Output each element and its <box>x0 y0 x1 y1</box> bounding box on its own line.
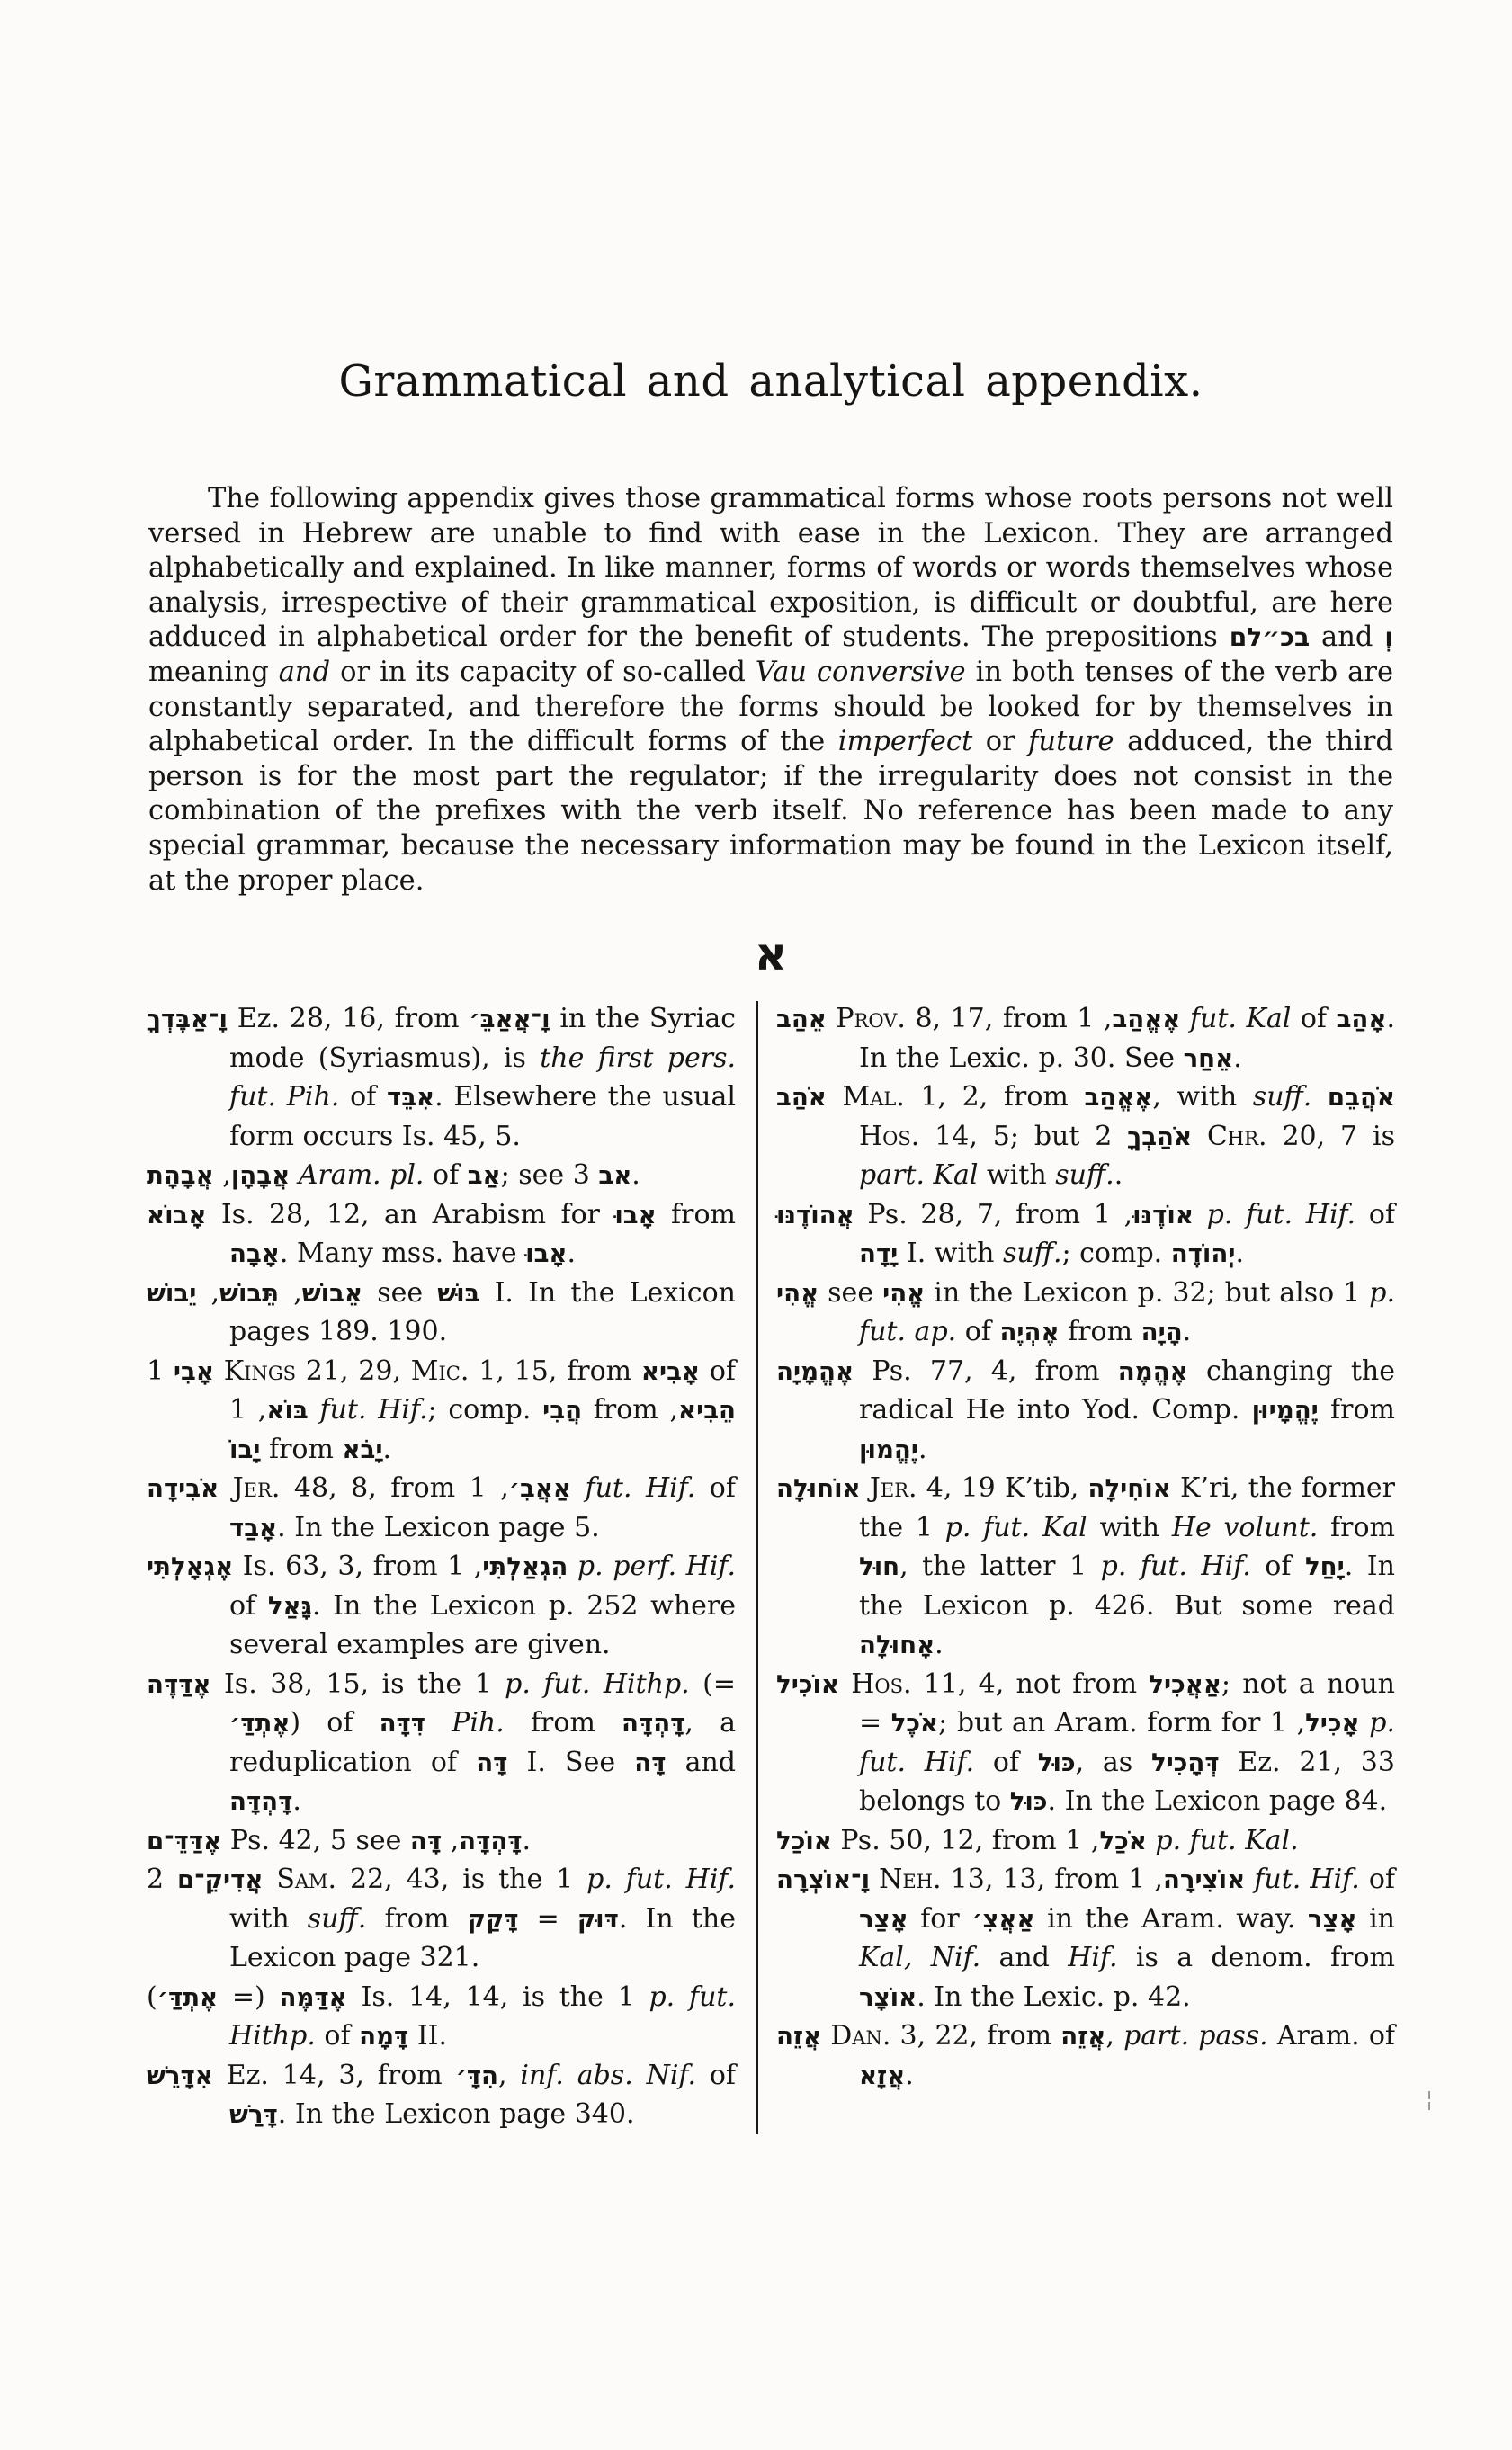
hebrew-text: אֱהִי <box>882 1278 925 1308</box>
entry-text <box>290 1159 299 1191</box>
hebrew-text: אֲהוֹדֶנּוּ <box>776 1200 854 1229</box>
book-reference: Neh. <box>879 1864 941 1895</box>
hebrew-text: בּוּשׁ <box>437 1278 479 1308</box>
dictionary-entry: אֶהֱמָיָה Ps. 77, 4, from אֶהֱמֶה changi… <box>776 1352 1395 1470</box>
entry-text: , <box>669 1394 678 1426</box>
hebrew-text: כּוּל <box>1038 1748 1076 1777</box>
book-reference: Hos. <box>851 1668 911 1700</box>
grammar-abbrev: part. pass. <box>1123 2020 1268 2052</box>
hebrew-text: אֹכֶל <box>891 1708 938 1738</box>
entry-text: I. with <box>898 1238 1003 1269</box>
dictionary-entry: אֶדַּדֵּ־ם Ps. 42, 5 see דָּהְדָּה, דָּה… <box>147 1821 736 1861</box>
entry-text: meaning <box>148 657 279 688</box>
entry-text: from <box>1060 1316 1141 1347</box>
hebrew-text: אֶתְדַּ׳ <box>229 1708 290 1738</box>
hebrew-text: אוֹצִירָה <box>1163 1864 1245 1894</box>
entry-text: ; comp. <box>1061 1238 1170 1269</box>
entry-text <box>425 1707 452 1739</box>
grammar-abbrev: p. fut. Hithp. <box>505 1668 690 1700</box>
page-title: Grammatical and analytical appendix. <box>147 0 1395 407</box>
hebrew-text: בּוֹא <box>266 1395 308 1425</box>
hebrew-text: אֲזֵה <box>776 2021 821 2051</box>
hebrew-text: דָּרַשׁ <box>229 2099 278 2129</box>
hebrew-text: חוּל <box>859 1551 899 1581</box>
entry-text <box>861 1472 870 1504</box>
entry-text: , <box>498 2060 520 2091</box>
hebrew-text: אוֹחוּלָה <box>776 1473 861 1503</box>
hebrew-text: תֵּבוֹשׁ <box>219 1278 279 1308</box>
entry-text: from <box>505 1707 622 1739</box>
grammar-abbrev: Vau conversive <box>756 657 966 688</box>
hebrew-text: אָבַד <box>229 1513 277 1542</box>
grammar-abbrev: inf. abs. Nif. <box>520 2060 696 2091</box>
book-reference: Kings <box>224 1355 296 1387</box>
hebrew-text: אַב <box>468 1160 501 1190</box>
grammar-abbrev: suff. <box>1253 1081 1312 1113</box>
entry-text: . Many mss. have <box>280 1238 525 1269</box>
entry-text: 14, 5; but <box>919 1121 1095 1152</box>
hebrew-text: וָ־אוֹצְרָה <box>776 1864 870 1894</box>
entry-text: , with <box>1152 1081 1252 1113</box>
scan-artifact: ¦ <box>1426 2087 1433 2112</box>
hebrew-text: אֹבִידָה <box>147 1473 219 1503</box>
hebrew-text: אֹהֲבֵם <box>1328 1082 1395 1112</box>
hebrew-text: דָּה <box>476 1748 507 1777</box>
entry-text: ; see <box>501 1159 573 1191</box>
entry-text: of <box>696 2060 736 2091</box>
entry-text: Is. 38, 15, is the 1 <box>211 1668 505 1700</box>
entry-text: 21, 29, <box>296 1355 411 1387</box>
hebrew-text: הֵבִיא <box>678 1395 736 1425</box>
hebrew-text: אָבוֹא <box>147 1200 206 1229</box>
grammar-abbrev: He volunt. <box>1172 1512 1318 1543</box>
hebrew-text: אֶדַּדֶּה <box>147 1669 211 1699</box>
hebrew-text: אִבֵּד <box>387 1082 434 1112</box>
entry-text: 22, 43, is the 1 <box>336 1864 586 1895</box>
hebrew-text: דָּקַק <box>468 1904 519 1934</box>
hebrew-text: אֶתְדַּ׳ <box>157 1982 218 2012</box>
entry-text: . <box>1233 1042 1242 1074</box>
hebrew-text: אוֹכִיל <box>776 1669 839 1699</box>
entry-text: 11, 4, not from <box>912 1668 1150 1700</box>
grammar-abbrev: fut. Hif. <box>319 1394 427 1426</box>
grammar-abbrev: Kal, Nif. <box>859 1942 980 1973</box>
hebrew-text: הָיָה <box>1141 1317 1183 1346</box>
hebrew-text: אוֹחִילָה <box>1088 1473 1171 1503</box>
hebrew-text: אַאֲבִ׳ <box>509 1473 571 1503</box>
dictionary-entry: אָבוֹא Is. 28, 12, an Arabism for אָבוּ … <box>147 1195 736 1274</box>
hebrew-text: אָבוּ <box>614 1200 656 1229</box>
grammar-abbrev: fut. Hif. <box>586 1472 696 1504</box>
hebrew-text: דָּה <box>634 1748 666 1777</box>
entry-text: 20, 7 is <box>1267 1121 1395 1152</box>
grammar-abbrev: and <box>279 657 330 688</box>
dictionary-entry: אֱהִי see אֱהִי in the Lexicon p. 32; bu… <box>776 1274 1395 1352</box>
grammar-abbrev: suff. <box>1055 1159 1114 1191</box>
entry-text: Ps. 42, 5 see <box>221 1825 410 1856</box>
entry-text: ) of <box>290 1707 379 1739</box>
hebrew-text: אב <box>598 1160 631 1190</box>
grammar-abbrev: suff. <box>308 1903 367 1935</box>
entry-text: in the Lexicon p. 32; but also 1 <box>925 1277 1369 1309</box>
grammar-abbrev: p. fut. Hif. <box>586 1864 736 1895</box>
dictionary-entry: אֵבוֹשׁ, תֵּבוֹשׁ, יֵבוֹשׁ see בּוּשׁ I.… <box>147 1274 736 1352</box>
entry-text: , <box>279 1277 302 1309</box>
entry-text: 48, 8, from <box>280 1472 469 1504</box>
entry-text: or <box>972 726 1028 757</box>
entry-text: . <box>292 1785 301 1817</box>
hebrew-text: דָּמָה <box>359 2021 408 2051</box>
hebrew-text: אֲבָהָת <box>147 1160 214 1190</box>
entry-text: 3, 22, from <box>890 2020 1060 2052</box>
grammar-abbrev: Hif. <box>1068 1942 1117 1973</box>
entry-text: Ps. 28, 7, from <box>854 1199 1094 1230</box>
hebrew-text: אֲדִיקֵ־ם <box>177 1864 263 1894</box>
grammar-abbrev: p. perf. Hif. <box>577 1551 736 1582</box>
page-content: Grammatical and analytical appendix. The… <box>147 0 1395 2134</box>
hebrew-text: אוֹכַל <box>776 1826 832 1855</box>
hebrew-text: יָבֹא <box>342 1435 382 1464</box>
entry-text: . <box>568 1238 577 1269</box>
book-reference: Jer. <box>870 1472 917 1504</box>
entry-text: . <box>918 1434 927 1465</box>
entry-text: 8, 17, from <box>906 1003 1077 1034</box>
hebrew-text: הִדָּ׳ <box>456 2061 498 2090</box>
left-column: וָ־אַבֶּדְךָ Ez. 28, 16, from וָ־אֲאַבֵּ… <box>147 999 736 2134</box>
entry-text: , the latter 1 <box>899 1551 1101 1582</box>
hebrew-text: יָבוֹ <box>229 1435 260 1464</box>
hebrew-text: אֵהַב <box>776 1004 827 1033</box>
dictionary-entry: אֵהַב Prov. 8, 17, from אֶאֱהַב, 1 fut. … <box>776 999 1395 1077</box>
hebrew-text: יֵבוֹשׁ <box>147 1278 196 1308</box>
dictionary-entry: אֲדִיקֵ־ם 2 Sam. 22, 43, is the 1 p. fut… <box>147 1860 736 1978</box>
entry-text: . <box>1183 1316 1192 1347</box>
hebrew-text: דִּדָּה <box>380 1708 425 1738</box>
entry-text: 13, 13, from <box>942 1864 1129 1895</box>
entry-text: I. See <box>507 1747 634 1778</box>
entry-text: see <box>362 1277 437 1309</box>
grammar-abbrev: Pih. <box>452 1707 505 1739</box>
entry-text: with <box>978 1159 1055 1191</box>
entry-text <box>827 1003 837 1034</box>
hebrew-text: דָּהְדָּה <box>229 1786 292 1816</box>
grammar-abbrev: imperfect <box>838 726 973 757</box>
entry-text: Ez. 14, 3, from <box>213 2060 456 2091</box>
section-letter-aleph: א <box>147 929 1395 979</box>
entry-text: in the Aram. way. <box>1035 1903 1308 1935</box>
entry-text: and <box>1310 621 1384 653</box>
dictionary-entry: אָבִי 1 Kings 21, 29, Mic. 1, 15, from א… <box>147 1352 736 1470</box>
book-reference: Mic. <box>411 1355 470 1387</box>
book-reference: Chr. <box>1207 1121 1267 1152</box>
entry-text: of <box>1251 1551 1305 1582</box>
dictionary-columns: וָ־אַבֶּדְךָ Ez. 28, 16, from וָ־אֲאַבֵּ… <box>147 999 1395 2134</box>
grammar-abbrev: part. Kal <box>859 1159 978 1191</box>
book-page: Grammatical and analytical appendix. The… <box>0 0 1512 2450</box>
entry-text: . In the Lexic. p. 42. <box>917 1981 1191 2013</box>
entry-text: Aram. of <box>1268 2020 1395 2052</box>
entry-text: of <box>700 1355 736 1387</box>
dictionary-entry: אֹבִידָה Jer. 48, 8, from אַאֲבִ׳, 1 fut… <box>147 1469 736 1547</box>
entry-text: is a denom. from <box>1118 1942 1395 1973</box>
entry-text <box>821 2020 830 2052</box>
entry-text: . <box>935 1629 944 1660</box>
hebrew-text: וָ־אַבֶּדְךָ <box>147 1004 228 1033</box>
hebrew-text: אֶאֱהַב <box>1112 1004 1180 1033</box>
entry-text: . <box>523 1825 532 1856</box>
entry-text: II. <box>408 2020 447 2052</box>
hebrew-text: יָחַל <box>1305 1551 1345 1581</box>
dictionary-entry: אוֹכַל Ps. 50, 12, from אֹכַל, 1 p. fut.… <box>776 1821 1395 1861</box>
entry-text: of <box>1355 1199 1395 1230</box>
hebrew-text: אֶהֱמָיָה <box>776 1356 854 1386</box>
book-reference: Sam. <box>276 1864 336 1895</box>
entry-text: from <box>1318 1512 1395 1543</box>
entry-text: Ps. 50, 12, from <box>832 1825 1065 1856</box>
hebrew-text: אֲזָא <box>859 2061 905 2090</box>
hebrew-text: אֶאֱהַב <box>1084 1082 1152 1112</box>
hebrew-text: אֹהַבְךָ <box>1127 1122 1192 1151</box>
entry-text: in <box>1357 1903 1395 1935</box>
grammar-abbrev: suff. <box>1003 1238 1062 1269</box>
entry-text: from <box>657 1199 736 1230</box>
hebrew-text: אוֹדֶנּוּ <box>1132 1200 1194 1229</box>
entry-text: , as <box>1076 1747 1151 1778</box>
entry-text: of <box>339 1081 387 1113</box>
entry-text: Is. 28, 12, an Arabism for <box>206 1199 614 1230</box>
entry-text: , <box>196 1277 219 1309</box>
entry-text <box>839 1668 851 1700</box>
hebrew-text: אוֹצָר <box>859 1982 917 2012</box>
entry-text: ; comp. <box>428 1394 543 1426</box>
entry-text: Ez. 28, 16, from <box>228 1003 469 1034</box>
hebrew-text: אֱהִי <box>776 1278 819 1308</box>
entry-text: The following appendix gives those gramm… <box>148 483 1393 653</box>
hebrew-text: אִדָּרֵשׁ <box>147 2061 213 2090</box>
dictionary-entry: אִדָּרֵשׁ Ez. 14, 3, from הִדָּ׳, inf. a… <box>147 2056 736 2134</box>
dictionary-entry: וָ־אוֹצְרָה Neh. 13, 13, from אוֹצִירָה,… <box>776 1860 1395 2016</box>
entry-text: 1, 2, from <box>905 1081 1085 1113</box>
entry-text: see <box>819 1277 882 1309</box>
dictionary-entry: אֲהוֹדֶנּוּ Ps. 28, 7, from אוֹדֶנּוּ, 1… <box>776 1195 1395 1274</box>
grammar-abbrev: Aram. pl. <box>299 1159 425 1191</box>
hebrew-text: אַאֲצִ׳ <box>971 1904 1034 1934</box>
entry-text: Ps. 77, 4, from <box>854 1355 1118 1387</box>
hebrew-text: אֶדַּדֵּ־ם <box>147 1826 221 1855</box>
entry-text: , <box>442 1825 459 1856</box>
grammar-abbrev: fut. Kal <box>1190 1003 1291 1034</box>
entry-text: of <box>974 1747 1038 1778</box>
entry-text <box>1311 1081 1328 1113</box>
hebrew-text: אֶהֱמֶה <box>1118 1356 1188 1386</box>
hebrew-text: יֶהֱמָיוּן <box>1252 1395 1319 1425</box>
hebrew-text: יָדָה <box>859 1238 898 1268</box>
dictionary-entry: וָ־אַבֶּדְךָ Ez. 28, 16, from וָ־אֲאַבֵּ… <box>147 999 736 1156</box>
hebrew-text: אָחוּלָה <box>859 1630 935 1659</box>
hebrew-text: אָצַר <box>1308 1904 1357 1934</box>
entry-text <box>827 1081 843 1113</box>
hebrew-text: גָּאַל <box>268 1591 312 1621</box>
hebrew-text: אֵבוֹשׁ <box>302 1278 362 1308</box>
hebrew-text: הֲבִי <box>542 1395 582 1425</box>
entry-text: of <box>956 1316 999 1347</box>
dictionary-entry: אֲזֵה Dan. 3, 22, from אֲזֵה, part. pass… <box>776 2016 1395 2095</box>
hebrew-text: דָּהְדָּה <box>622 1708 684 1738</box>
entry-text: = <box>518 1903 577 1935</box>
grammar-abbrev: p. fut. Kal <box>945 1512 1087 1543</box>
hebrew-text: דּוּק <box>577 1904 619 1934</box>
entry-text: 1, 15, from <box>469 1355 640 1387</box>
dictionary-entry: אֶדַּמֶּה (= אֶתְדַּ׳) Is. 14, 14, is th… <box>147 1978 736 2056</box>
hebrew-text: אֹכַל <box>1099 1826 1146 1855</box>
book-reference: Prov. <box>836 1003 906 1034</box>
hebrew-text: אֲבָהָן <box>231 1160 290 1190</box>
entry-text: of <box>316 2020 359 2052</box>
grammar-abbrev: future <box>1028 726 1114 757</box>
entry-text: . <box>1114 1159 1123 1191</box>
entry-text: of <box>424 1159 467 1191</box>
entry-text: (= <box>218 1981 279 2013</box>
hebrew-text: אֲזֵה <box>1060 2021 1105 2051</box>
hebrew-text: אָבִיא <box>641 1356 700 1386</box>
entry-text: with <box>1087 1512 1172 1543</box>
entry-text: . <box>1235 1238 1244 1269</box>
hebrew-text: אָהַב <box>1337 1004 1387 1033</box>
hebrew-text: וְ <box>1384 622 1393 652</box>
entry-text: (= <box>690 1668 736 1700</box>
dictionary-entry: אוֹכִיל Hos. 11, 4, not from אַאֲכִיל; n… <box>776 1665 1395 1821</box>
column-divider-rule <box>756 1001 758 2134</box>
intro-paragraph: The following appendix gives those gramm… <box>148 482 1393 899</box>
entry-text: from <box>366 1903 467 1935</box>
hebrew-text: אֶגְאָלְתִּי <box>147 1551 233 1581</box>
entry-text: and <box>666 1747 736 1778</box>
dictionary-entry: אֶדַּדֶּה Is. 38, 15, is the 1 p. fut. H… <box>147 1665 736 1821</box>
dictionary-entry: אֲבָהָן, אֲבָהָת Aram. pl. of אַב; see א… <box>147 1156 736 1195</box>
dictionary-entry: אֹהַב Mal. 1, 2, from אֶאֱהַב, with suff… <box>776 1077 1395 1195</box>
hebrew-text: אָבִי <box>174 1356 214 1386</box>
entry-text: from <box>1319 1394 1395 1426</box>
hebrew-text: דָּה <box>410 1826 442 1855</box>
entry-text: of <box>1360 1864 1395 1895</box>
entry-text: Is. 63, 3, from <box>233 1551 447 1582</box>
right-column: אֵהַב Prov. 8, 17, from אֶאֱהַב, 1 fut. … <box>776 999 1395 2134</box>
dictionary-entry: אֶגְאָלְתִּי Is. 63, 3, from הִגְאַלְתִּ… <box>147 1547 736 1665</box>
entry-text: with <box>229 1903 308 1935</box>
grammar-abbrev: p. fut. Hif. <box>1101 1551 1251 1582</box>
entry-text: of <box>229 1590 268 1622</box>
entry-text: 4, 19 K’tib, <box>917 1472 1088 1504</box>
book-reference: Hos. <box>859 1121 919 1152</box>
entry-text: for <box>908 1903 971 1935</box>
entry-text: . In the Lexicon page 340. <box>278 2098 635 2130</box>
hebrew-text: אֵחַר <box>1184 1043 1234 1073</box>
hebrew-text: בכ״לם <box>1230 622 1310 652</box>
entry-text: . <box>383 1434 392 1465</box>
entry-text: . In the Lexicon page 5. <box>277 1512 600 1543</box>
book-reference: Jer. <box>233 1472 281 1504</box>
hebrew-text: אַאֲכִיל <box>1149 1669 1221 1699</box>
entry-text: . In the Lexicon page 84. <box>1048 1785 1388 1817</box>
hebrew-text: כּוּל <box>1010 1786 1048 1816</box>
entry-text: . <box>905 2060 914 2091</box>
grammar-abbrev: fut. Hif. <box>1254 1864 1359 1895</box>
book-reference: Dan. <box>830 2020 890 2052</box>
hebrew-text: יֶהֱמוּן <box>859 1435 918 1464</box>
hebrew-text: אֶדַּמֶּה <box>280 1982 347 2012</box>
entry-text: and <box>980 1942 1068 1973</box>
entry-text: , <box>1105 2020 1123 2052</box>
book-reference: Mal. <box>842 1081 904 1113</box>
grammar-abbrev: p. fut. Hif. <box>1207 1199 1356 1230</box>
entry-text <box>870 1864 879 1895</box>
hebrew-text: אָכִיל <box>1305 1708 1360 1738</box>
hebrew-text: דְּהָכִיל <box>1151 1748 1220 1777</box>
entry-text <box>219 1472 232 1504</box>
hebrew-text: דָּהְדָּה <box>459 1826 522 1855</box>
hebrew-text: אֹהַב <box>776 1082 827 1112</box>
hebrew-text: יְהוֹדֶה <box>1171 1238 1236 1268</box>
entry-text: from <box>260 1434 342 1465</box>
hebrew-text: אָבוּ <box>525 1238 567 1268</box>
hebrew-text: וָ־אֲאַבֵּ׳ <box>469 1004 550 1033</box>
dictionary-entry: אוֹחוּלָה Jer. 4, 19 K’tib, אוֹחִילָה K’… <box>776 1469 1395 1665</box>
entry-text: , <box>214 1159 231 1191</box>
hebrew-text: הִגְאַלְתִּי <box>482 1551 568 1581</box>
hebrew-text: אֶהְיֶה <box>999 1317 1059 1346</box>
entry-text: from <box>582 1394 669 1426</box>
entry-text: of <box>695 1472 736 1504</box>
hebrew-text: אָבָה <box>229 1238 280 1268</box>
grammar-abbrev: p. fut. Kal. <box>1155 1825 1298 1856</box>
entry-text: or in its capacity of so-called <box>330 657 756 688</box>
entry-text: of <box>1291 1003 1336 1034</box>
hebrew-text: אָצַר <box>859 1904 908 1934</box>
entry-text: ; but an Aram. form for <box>938 1707 1270 1739</box>
